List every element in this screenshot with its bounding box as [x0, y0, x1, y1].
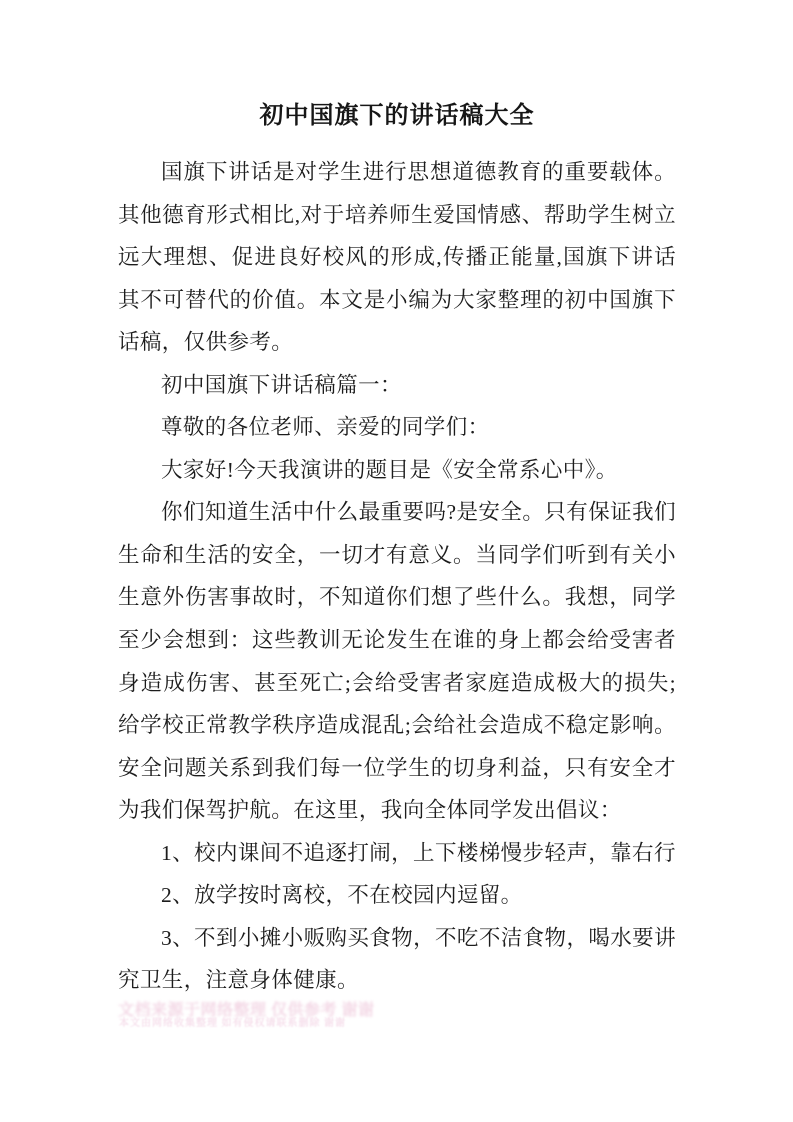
text-line: 安全问题关系到我们每一位学生的切身利益，只有安全才能 [118, 747, 676, 790]
text-line: 远大理想、促进良好校风的形成,传播正能量,国旗下讲话有 [118, 236, 676, 279]
text-line: 为我们保驾护航。在这里，我向全体同学发出倡议： [118, 789, 676, 832]
text-line: 初中国旗下讲话稿篇一： [118, 364, 676, 407]
text-line: 给学校正常教学秩序造成混乱;会给社会造成不稳定影响。 [118, 704, 676, 747]
document-body: 国旗下讲话是对学生进行思想道德教育的重要载体。与其他德育形式相比,对于培养师生爱… [118, 151, 676, 1002]
text-line: 究卫生，注意身体健康。 [118, 959, 676, 1002]
text-line: 3、不到小摊小贩购买食物，不吃不洁食物，喝水要讲 [118, 917, 676, 960]
document-page: 初中国旗下的讲话稿大全 国旗下讲话是对学生进行思想道德教育的重要载体。与其他德育… [0, 0, 793, 1122]
text-line: 其他德育形式相比,对于培养师生爱国情感、帮助学生树立 [118, 194, 676, 237]
text-line: 身造成伤害、甚至死亡;会给受害者家庭造成极大的损失;会 [118, 662, 676, 705]
text-line: 大家好!今天我演讲的题目是《安全常系心中》。 [118, 449, 676, 492]
watermark-text-secondary: 本文由网络收集整理 如有侵权请联系删除 谢谢 [119, 1018, 579, 1030]
text-line: 尊敬的各位老师、亲爱的同学们： [118, 406, 676, 449]
text-line: 生意外伤害事故时，不知道你们想了些什么。我想，同学们 [118, 576, 676, 619]
text-line: 生命和生活的安全，一切才有意义。当同学们听到有关小学 [118, 534, 676, 577]
text-line: 1、校内课间不追逐打闹，上下楼梯慢步轻声，靠右行。 [118, 832, 676, 875]
text-line: 国旗下讲话是对学生进行思想道德教育的重要载体。与 [118, 151, 676, 194]
text-line: 话稿，仅供参考。 [118, 321, 676, 364]
text-line: 至少会想到：这些教训无论发生在谁的身上都会给受害者人 [118, 619, 676, 662]
text-line: 其不可替代的价值。本文是小编为大家整理的初中国旗下讲 [118, 279, 676, 322]
document-title: 初中国旗下的讲话稿大全 [118, 96, 676, 136]
text-line: 2、放学按时离校，不在校园内逗留。 [118, 874, 676, 917]
text-line: 你们知道生活中什么最重要吗?是安全。只有保证我们 [118, 491, 676, 534]
